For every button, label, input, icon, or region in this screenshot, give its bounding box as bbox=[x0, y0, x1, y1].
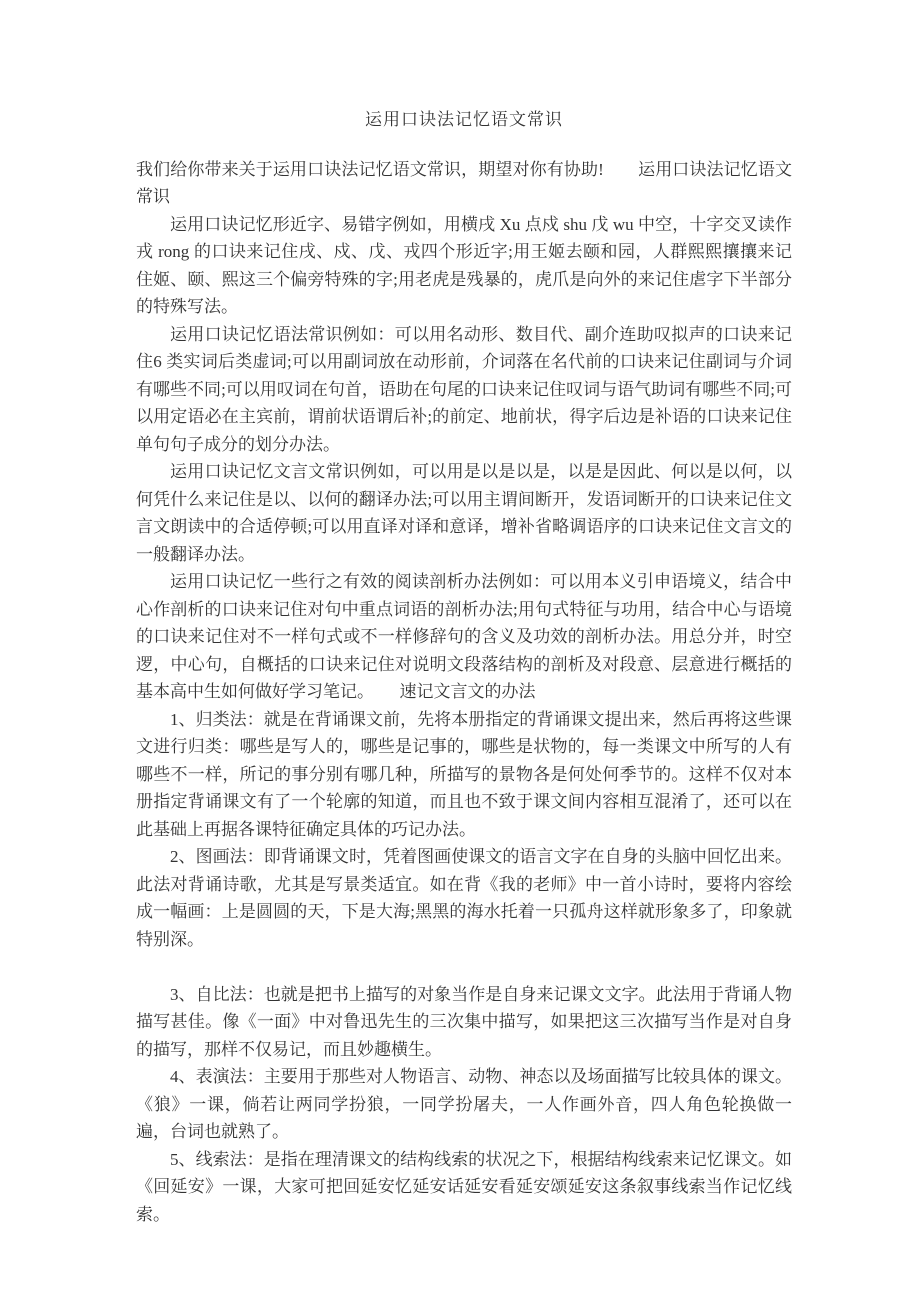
blank-line-spacer bbox=[136, 953, 792, 981]
paragraph-mnemonic-characters: 运用口诀记忆形近字、易错字例如，用横戌 Xu 点戍 shu 戊 wu 中空，十字… bbox=[136, 211, 792, 321]
paragraph-mnemonic-grammar: 运用口诀记忆语法常识例如：可以用名动形、数目代、副介连助叹拟声的口诀来记住6 类… bbox=[136, 321, 792, 459]
paragraph-method-1-categorize: 1、归类法：就是在背诵课文前，先将本册指定的背诵课文提出来，然后再将这些课文进行… bbox=[136, 706, 792, 844]
document-title: 运用口诀法记忆语文常识 bbox=[136, 106, 792, 134]
document-page: 运用口诀法记忆语文常识 我们给你带来关于运用口诀法记忆语文常识，期望对你有协助!… bbox=[0, 0, 920, 1302]
paragraph-method-2-picture: 2、图画法：即背诵课文时，凭着图画使课文的语言文字在自身的头脑中回忆出来。此法对… bbox=[136, 843, 792, 953]
paragraph-intro: 我们给你带来关于运用口诀法记忆语文常识，期望对你有协助! 运用口诀法记忆语文常识 bbox=[136, 156, 792, 211]
paragraph-method-4-perform: 4、表演法：主要用于那些对人物语言、动物、神态以及场面描写比较具体的课文。《狼》… bbox=[136, 1063, 792, 1146]
paragraph-mnemonic-reading-analysis: 运用口诀记忆一些行之有效的阅读剖析办法例如：可以用本义引申语境义，结合中心作剖析… bbox=[136, 568, 792, 706]
paragraph-mnemonic-classical-chinese: 运用口诀记忆文言文常识例如，可以用是以是以是，以是是因此、何以是以何，以何凭什么… bbox=[136, 458, 792, 568]
paragraph-method-5-clue: 5、线索法：是指在理清课文的结构线索的状况之下，根据结构线索来记忆课文。如《回延… bbox=[136, 1146, 792, 1229]
paragraph-method-3-self-compare: 3、自比法：也就是把书上描写的对象当作是自身来记课文文字。此法用于背诵人物描写甚… bbox=[136, 981, 792, 1064]
